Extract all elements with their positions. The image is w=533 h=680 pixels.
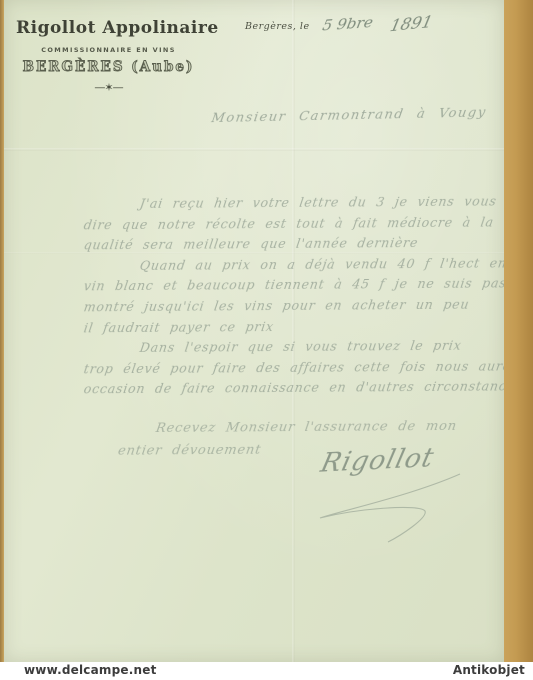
dateline-printed: Bergères, le: [245, 21, 310, 32]
letter-body: J'ai reçu hier votre lettre du 3 je vien…: [84, 193, 514, 399]
dateline-handwritten-year: 1891: [389, 12, 435, 35]
letterhead-ornament-star-icon: —✶—: [16, 81, 201, 94]
closing: Recevez Monsieur l'assurance de mon enti…: [118, 418, 518, 461]
scan-edge-right: [504, 0, 533, 662]
dateline: Bergères, le 5 9bre 1891: [245, 14, 432, 33]
handwriting-line: occasion de faire connaissance en d'autr…: [82, 377, 516, 401]
signature-flourish: [250, 456, 480, 546]
dateline-handwritten-day: 5 9bre: [321, 13, 374, 34]
handwriting-line: montré jusqu'ici les vins pour en achete…: [82, 294, 516, 318]
letterhead: Rigollot Appolinaire COMMISSIONNAIRE EN …: [16, 18, 201, 94]
letterhead-subtitle: COMMISSIONNAIRE EN VINS: [16, 46, 201, 54]
watermark-delcampe: www.delcampe.net: [24, 663, 157, 677]
watermark-antikobjet: Antikobjet: [453, 663, 525, 677]
handwriting-line: Dans l'espoir que si vous trouvez le pri…: [82, 336, 516, 360]
handwriting-line: J'ai reçu hier votre lettre du 3 je vien…: [82, 191, 516, 215]
letterhead-name: Rigollot Appolinaire: [16, 18, 201, 38]
handwriting-line: qualité sera meilleure que l'année derni…: [82, 233, 516, 257]
closing-line-1: Recevez Monsieur l'assurance de mon: [116, 417, 520, 440]
scan-background: Rigollot Appolinaire COMMISSIONNAIRE EN …: [0, 0, 533, 680]
handwriting-line: vin blanc et beaucoup tiennent à 45 f je…: [82, 274, 516, 298]
horizontal-fold-crease: [4, 148, 533, 151]
letterhead-location: BERGÈRES (Aube): [16, 59, 201, 75]
watermark-band: www.delcampe.net Antikobjet: [0, 662, 533, 680]
